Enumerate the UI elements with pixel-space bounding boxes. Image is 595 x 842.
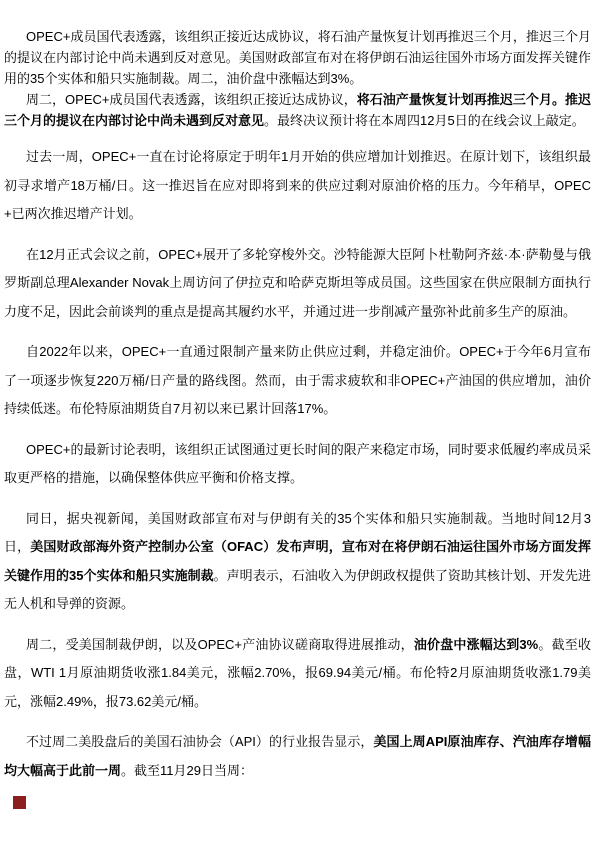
paragraph-text: 不过周二美股盘后的美国石油协会（API）的行业报告显示， <box>26 734 373 749</box>
article-paragraph: 周二，受美国制裁伊朗，以及OPEC+产油协议磋商取得进展推动，油价盘中涨幅达到3… <box>4 631 591 717</box>
paragraph-text: OPEC+的最新讨论表明，该组织正试图通过更长时间的限产来稳定市场，同时要求低履… <box>4 442 591 486</box>
document-page: OPEC+成员国代表透露，该组织正接近达成协议，将石油产量恢复计划再推迟三个月，… <box>0 0 595 842</box>
paragraph-text: 在12月正式会议之前，OPEC+展开了多轮穿梭外交。沙特能源大臣阿卜杜勒阿齐兹·… <box>4 247 591 319</box>
paragraph-text: 周二，OPEC+成员国代表透露，该组织正接近达成协议， <box>26 92 357 107</box>
article-paragraph: 自2022年以来，OPEC+一直通过限制产量来防止供应过剩，并稳定油价。OPEC… <box>4 338 591 424</box>
list-bullet-marker <box>13 796 26 809</box>
paragraph-text: 。最终决议预计将在本周四12月5日的在线会议上敲定。 <box>264 113 585 128</box>
article-paragraph: OPEC+的最新讨论表明，该组织正试图通过更长时间的限产来稳定市场，同时要求低履… <box>4 436 591 493</box>
article-paragraph: 过去一周，OPEC+一直在讨论将原定于明年1月开始的供应增加计划推迟。在原计划下… <box>4 143 591 229</box>
article-paragraph: OPEC+成员国代表透露，该组织正接近达成协议，将石油产量恢复计划再推迟三个月，… <box>4 26 591 89</box>
article-paragraph: 周二，OPEC+成员国代表透露，该组织正接近达成协议，将石油产量恢复计划再推迟三… <box>4 89 591 131</box>
paragraph-text-bold: 油价盘中涨幅达到3% <box>414 637 538 652</box>
paragraph-text: OPEC+成员国代表透露，该组织正接近达成协议，将石油产量恢复计划再推迟三个月，… <box>4 29 591 86</box>
paragraph-text: 自2022年以来，OPEC+一直通过限制产量来防止供应过剩，并稳定油价。OPEC… <box>4 344 591 416</box>
article-body: OPEC+成员国代表透露，该组织正接近达成协议，将石油产量恢复计划再推迟三个月，… <box>0 0 595 785</box>
paragraph-text: 。截至11月29日当周： <box>121 763 253 778</box>
article-paragraph: 在12月正式会议之前，OPEC+展开了多轮穿梭外交。沙特能源大臣阿卜杜勒阿齐兹·… <box>4 241 591 327</box>
paragraph-text: 过去一周，OPEC+一直在讨论将原定于明年1月开始的供应增加计划推迟。在原计划下… <box>4 149 591 221</box>
article-paragraph: 不过周二美股盘后的美国石油协会（API）的行业报告显示，美国上周API原油库存、… <box>4 728 591 785</box>
article-paragraph: 同日，据央视新闻，美国财政部宣布对与伊朗有关的35个实体和船只实施制裁。当地时间… <box>4 505 591 619</box>
paragraph-text: 周二，受美国制裁伊朗，以及OPEC+产油协议磋商取得进展推动， <box>26 637 414 652</box>
